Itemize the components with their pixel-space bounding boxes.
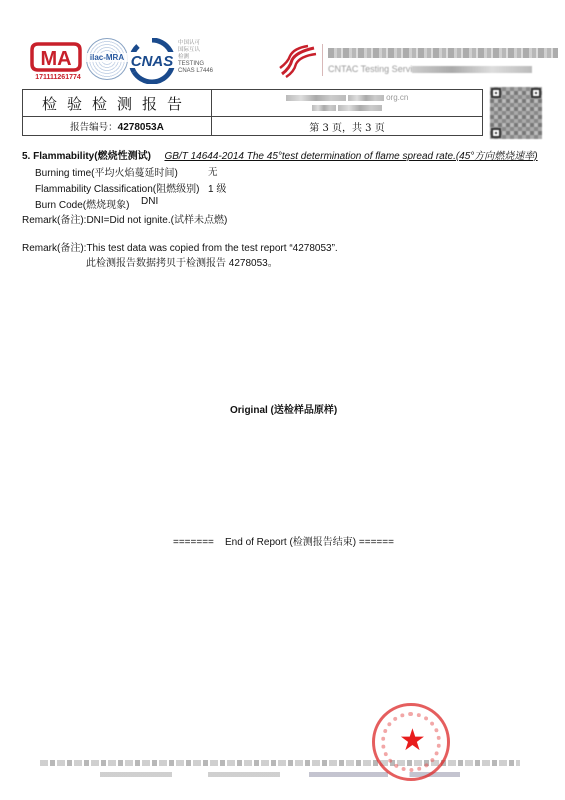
cma-logo: MA bbox=[30, 40, 82, 74]
cma-number: 171111261774 bbox=[30, 74, 86, 81]
row-burn-code: Burn Code(燃烧现象) bbox=[35, 196, 129, 211]
page-info: 第 3 页，共 3 页 bbox=[212, 117, 483, 136]
report-number: 4278053A bbox=[118, 122, 164, 133]
seal-star-icon: ★ bbox=[399, 726, 426, 756]
cntac-flame-logo bbox=[278, 44, 318, 78]
report-org-info: org.cn bbox=[212, 90, 483, 117]
end-of-report: ======= End of Report (检测报告结束) ====== bbox=[173, 533, 394, 548]
cnas-side-text: 中国认可 国际互认 检测 TESTING CNAS L7446 bbox=[178, 40, 213, 75]
report-title: 检验检测报告 bbox=[23, 90, 212, 117]
footer-address-redacted bbox=[40, 760, 520, 766]
qr-code bbox=[490, 87, 542, 139]
section-heading: 5. Flammability(燃烧性测试) bbox=[22, 151, 151, 162]
copy-remark-en: Remark(备注):This test data was copied fro… bbox=[22, 239, 338, 254]
classification-value: 1 级 bbox=[208, 180, 226, 195]
company-name-cn-redacted bbox=[328, 48, 558, 58]
logo-divider bbox=[322, 44, 323, 76]
burn-code-value: DNI bbox=[141, 196, 158, 207]
svg-text:MA: MA bbox=[40, 48, 71, 70]
ilac-mra-label: ilac-MRA bbox=[84, 53, 130, 62]
burning-time-value: 无 bbox=[208, 164, 218, 178]
report-number-cell: 报告编号：4278053A bbox=[23, 117, 212, 136]
row-burning-time: Burning time(平均火焰蔓延时间) bbox=[35, 164, 178, 179]
report-header-table: 检验检测报告 org.cn 报告编号：4278053A 第 3 页，共 3 页 bbox=[22, 89, 483, 136]
flammability-remark: Remark(备注):DNI=Did not ignite.(试样未点燃) bbox=[22, 211, 227, 226]
copy-remark-cn: 此检测报告数据拷贝于检测报告 4278053。 bbox=[86, 254, 278, 269]
test-standard: GB/T 14644-2014 The 45°test determinatio… bbox=[164, 151, 537, 162]
row-flammability-classification: Flammability Classification(阻燃级别) bbox=[35, 180, 199, 195]
original-sample-label: Original (送检样品原样) bbox=[230, 401, 337, 416]
cnas-text: CNAS bbox=[131, 53, 174, 70]
official-seal: ★ bbox=[372, 703, 450, 781]
section-flammability: 5. Flammability(燃烧性测试) GB/T 14644-2014 T… bbox=[22, 147, 538, 162]
cnas-logo: CNAS bbox=[128, 38, 176, 84]
company-name-en: CNTAC Testing Servi bbox=[328, 64, 532, 74]
